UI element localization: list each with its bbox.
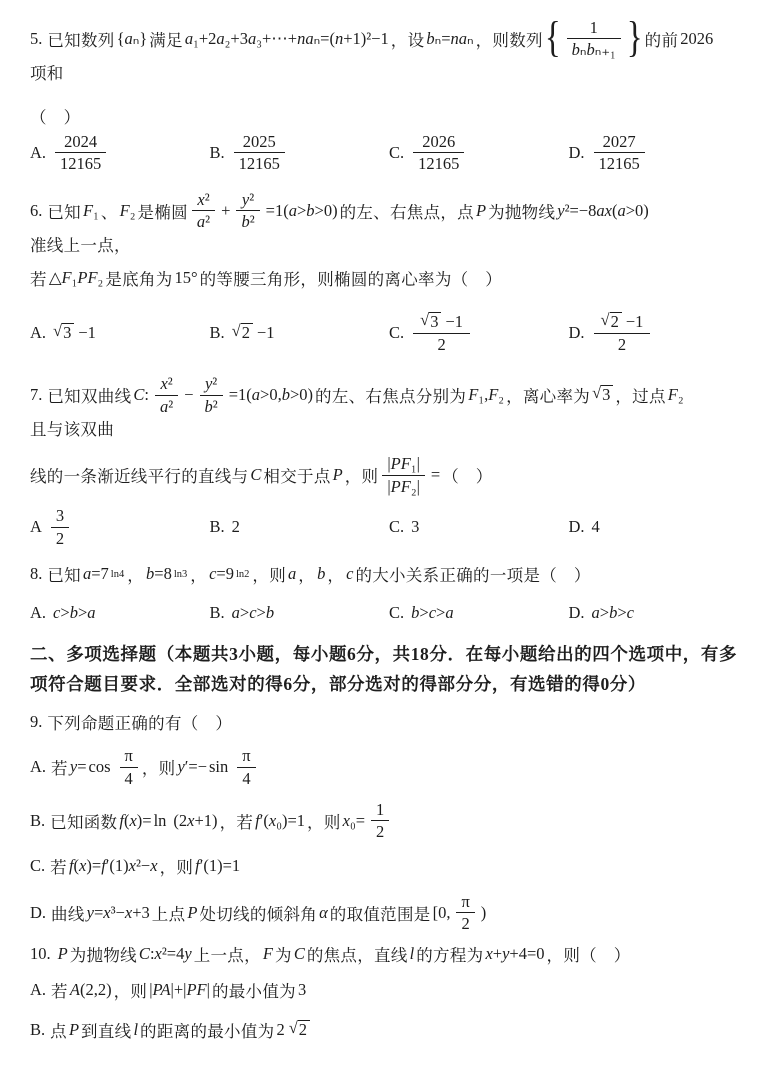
math-run: 4 [592, 517, 600, 537]
roman-run: D. [569, 517, 585, 537]
text-run: ，则 [307, 809, 341, 833]
math-run: b [317, 564, 325, 584]
math-run: 3 [411, 517, 419, 537]
fraction: 202712165 [594, 132, 645, 174]
question-8-options: A.c>b>a B.a>c>b C.b>c>a D.a>b>c [30, 600, 748, 626]
question-5-options: A.202412165 B.202512165 C.202612165 D.20… [30, 132, 748, 174]
roman-run: 6. [30, 201, 42, 221]
math-run: x+y+4=0 [485, 944, 544, 964]
text-run: 是椭圆 [138, 199, 188, 223]
question-9-option-a: A.若y=cosπ4，则y′=−sinπ4 [30, 746, 748, 788]
math-run: c>b>a [53, 603, 95, 623]
radical: √3 [53, 323, 74, 343]
roman-run: A. [30, 143, 46, 163]
roman-run: D. [569, 143, 585, 163]
text-run: ， [190, 562, 207, 586]
right-brace: } [627, 18, 643, 61]
text-run: 下列命题正确的有（ ） [47, 710, 232, 734]
math-run: y′=− [177, 757, 207, 777]
math-run: b>c>a [411, 603, 453, 623]
fraction: π4 [120, 746, 138, 788]
math-run: x₀= [343, 811, 365, 831]
text-run: 上一点， [194, 942, 261, 966]
fraction: |PF₁||PF₂| [382, 454, 425, 496]
math-run: 3 [298, 980, 306, 1000]
math-run: F₁ [83, 201, 99, 221]
math-run: l [133, 1020, 138, 1040]
math-run: b=8 [146, 564, 172, 584]
question-8-option-a: A.c>b>a [30, 600, 210, 626]
fraction: π4 [237, 746, 255, 788]
text-run: 已知 [47, 199, 81, 223]
math-run: (2x+1) [173, 811, 217, 831]
radical: √2 [232, 323, 253, 343]
text-run: 若 [50, 854, 67, 878]
math-run: F [263, 944, 273, 964]
fraction: 12 [371, 800, 389, 842]
roman-run: B. [210, 603, 225, 623]
roman-run: C. [30, 856, 45, 876]
roman-run: B. [30, 1020, 45, 1040]
text-run: 且与该双曲 [30, 416, 114, 440]
math-run: −1 [78, 323, 96, 343]
roman-run: B. [210, 143, 225, 163]
text-run: 的左、右焦点，点 [340, 199, 474, 223]
text-run: ， [127, 562, 144, 586]
math-run: −1 [257, 323, 275, 343]
math-run: P [476, 201, 486, 221]
text-run: 、 [101, 199, 118, 223]
text-run: 为 [275, 942, 292, 966]
text-run: ，则数列 [476, 27, 543, 51]
text-run: 曲线 [51, 901, 85, 925]
math-run: a [288, 564, 296, 584]
question-5-stem: 5.已知数列{aₙ}满足a₁+2a₂+3a₃+⋯+naₙ=(n+1)²−1，设b… [30, 18, 748, 84]
roman-run: A. [30, 603, 46, 623]
question-7-option-d: D.4 [569, 514, 749, 540]
question-7-option-c: C.3 [389, 514, 569, 540]
math-run: a>c>b [232, 603, 274, 623]
text-run: 若 [51, 978, 68, 1002]
math-run: bₙ=naₙ [426, 29, 473, 49]
question-6-option-d: D.√2−12 [569, 312, 749, 354]
text-run: ，则 [160, 854, 194, 878]
fraction: √3−12 [413, 312, 470, 354]
text-run: 处切线的倾斜角 [199, 901, 317, 925]
roman-run: cos [89, 757, 111, 777]
roman-run: ln [154, 811, 167, 831]
roman-run: C. [389, 143, 404, 163]
text-run: ，则 [142, 755, 176, 779]
question-8-option-b: B.a>c>b [210, 600, 390, 626]
roman-run: sin [209, 757, 228, 777]
roman-run: 8. [30, 564, 42, 584]
text-run: 的左、右焦点分别为 [315, 383, 466, 407]
math-run: P [187, 903, 197, 923]
math-run: − [184, 385, 193, 405]
text-run: 为抛物线 [70, 942, 137, 966]
roman-run: C. [389, 323, 404, 343]
math-run: −1 [445, 312, 463, 331]
roman-run: B. [30, 811, 45, 831]
fraction: π2 [456, 892, 474, 934]
text-run: 若 [30, 266, 47, 290]
left-brace: { [545, 18, 561, 61]
math-run: f′(x₀)=1 [255, 811, 305, 831]
math-run: y= [70, 757, 87, 777]
math-run: F₂ [668, 385, 684, 405]
section-2-heading-line-2: 项符合题目要求．全部选对的得6分，部分选对的得部分分，有选错的得0分） [30, 670, 748, 698]
fraction: 202412165 [55, 132, 106, 174]
question-5-answer-blank: （ ） [30, 104, 748, 128]
section-2-heading-line-1: 二、多项选择题（本题共3小题，每小题6分，共18分．在每小题给出的四个选项中，有… [30, 640, 748, 668]
math-run: a=7 [83, 564, 109, 584]
question-9-option-d: D.曲线y=x³−x+3上点P处切线的倾斜角α的取值范围是[0,π2) [30, 892, 748, 934]
text-run: 相交于点 [263, 463, 330, 487]
fraction: y²b² [200, 374, 223, 416]
superscript: ln4 [111, 569, 124, 580]
math-run: l [410, 944, 415, 964]
roman-run: 5. [30, 29, 42, 49]
math-run: C [250, 465, 261, 485]
question-6-options: A.√3−1 B.√2−1 C.√3−12 D.√2−12 [30, 312, 748, 354]
math-run: f(x)= [119, 811, 151, 831]
question-7-stem-line-2: 线的一条渐近线平行的直线与C相交于点P，则|PF₁||PF₂|=（ ） [30, 454, 748, 496]
text-run: 的大小关系正确的一项是（ ） [355, 562, 590, 586]
fraction: 202612165 [413, 132, 464, 174]
question-6-option-c: C.√3−12 [389, 312, 569, 354]
text-run: 准线上一点， [30, 232, 131, 256]
question-7-stem-line-1: 7.已知双曲线C:x²a²−y²b²=1(a>0,b>0)的左、右焦点分别为F₁… [30, 374, 748, 440]
math-run: + [221, 201, 230, 221]
roman-run: 7. [30, 385, 42, 405]
text-run: 的最小值为 [212, 978, 296, 1002]
roman-run: B. [210, 323, 225, 343]
text-run: 已知双曲线 [47, 383, 131, 407]
math-run: =1(a>0,b>0) [229, 385, 313, 405]
question-10-option-b: B.点P到直线l的距离的最小值为2√2 [30, 1018, 748, 1042]
math-run: 15° [175, 268, 198, 288]
roman-run: C. [389, 517, 404, 537]
math-run: 2 [232, 517, 240, 537]
text-run: ，则（ ） [547, 942, 631, 966]
roman-run: A [30, 517, 42, 537]
text-run: 到直线 [81, 1018, 131, 1042]
question-7-options: A32 B.2 C.3 D.4 [30, 506, 748, 548]
text-run: 的等腰三角形，则椭圆的离心率为（ ） [200, 266, 502, 290]
question-5-option-a: A.202412165 [30, 132, 210, 174]
text-run: 的距离的最小值为 [140, 1018, 274, 1042]
text-run: （ ） [442, 463, 492, 487]
roman-run: D. [569, 323, 585, 343]
text-run: 上点 [152, 901, 186, 925]
math-run: C [294, 944, 305, 964]
math-run: f′(1)=1 [195, 856, 240, 876]
text-run: ，过点 [615, 383, 665, 407]
text-run: 点 [50, 1018, 67, 1042]
superscript: ln3 [174, 569, 187, 580]
math-run: A(2,2) [70, 980, 112, 1000]
question-6-option-a: A.√3−1 [30, 320, 210, 346]
fraction: x²a² [192, 190, 215, 232]
math-run: |PA|+|PF| [149, 980, 210, 1000]
exam-page: 5.已知数列{aₙ}满足a₁+2a₂+3a₃+⋯+naₙ=(n+1)²−1，设b… [0, 0, 774, 1068]
question-8-stem: 8.已知a=7ln4，b=8ln3，c=9ln2，则a，b，c的大小关系正确的一… [30, 562, 748, 586]
text-run: 已知 [47, 562, 81, 586]
question-6-option-b: B.√2−1 [210, 320, 390, 346]
text-run: 项和 [30, 60, 64, 84]
text-run: ，则 [114, 978, 148, 1002]
radical: √2 [289, 1020, 310, 1040]
radical: √2 [601, 312, 622, 332]
text-run: 若 [51, 755, 68, 779]
question-9-stem: 9.下列命题正确的有（ ） [30, 710, 748, 734]
radical: √3 [592, 385, 613, 405]
roman-run: A. [30, 323, 46, 343]
text-run: ，若 [220, 809, 254, 833]
question-8-option-c: C.b>c>a [389, 600, 569, 626]
fraction: 202512165 [234, 132, 285, 174]
roman-run: B. [210, 517, 225, 537]
math-run: −1 [626, 312, 644, 331]
fraction: x²a² [155, 374, 178, 416]
fraction: y²b² [236, 190, 259, 232]
math-run: y=x³−x+3 [87, 903, 150, 923]
roman-run: A. [30, 757, 46, 777]
text-run: ，设 [391, 27, 425, 51]
question-5-option-c: C.202612165 [389, 132, 569, 174]
text-run: 的方程为 [416, 942, 483, 966]
math-run: a₁+2a₂+3a₃+⋯+naₙ=(n+1)²−1 [185, 29, 389, 49]
text-run: 已知函数 [50, 809, 117, 833]
math-run: ) [481, 903, 487, 923]
roman-run: 9. [30, 712, 42, 732]
fraction: 1bₙbₙ₊₁ [567, 18, 621, 60]
roman-run: A. [30, 980, 46, 1000]
question-7-option-a: A32 [30, 506, 210, 548]
math-run: F₁,F₂ [468, 385, 504, 405]
math-run: P [333, 465, 343, 485]
question-7-option-b: B.2 [210, 514, 390, 540]
text-run: 的焦点，直线 [307, 942, 408, 966]
math-run: {aₙ} [117, 29, 148, 49]
roman-run: C. [389, 603, 404, 623]
math-run: F₂ [120, 201, 136, 221]
text-run: 为抛物线 [488, 199, 555, 223]
math-run: C:x²=4y [139, 944, 192, 964]
math-run: =1(a>b>0) [266, 201, 338, 221]
question-9-option-b: B.已知函数f(x)=ln(2x+1)，若f′(x₀)=1，则x₀=12 [30, 800, 748, 842]
question-6-stem-line-2: 若△F₁PF₂是底角为15°的等腰三角形，则椭圆的离心率为（ ） [30, 266, 748, 290]
math-run: [0, [433, 903, 451, 923]
math-run: P [58, 944, 68, 964]
math-run: y²=−8ax(a>0) [557, 201, 649, 221]
radical: √3 [420, 312, 441, 332]
roman-run: D. [569, 603, 585, 623]
math-run: f(x)=f′(1)x²−x [69, 856, 158, 876]
text-run: 满足 [149, 27, 183, 51]
math-run: P [69, 1020, 79, 1040]
math-run: C: [133, 385, 149, 405]
question-5-option-d: D.202712165 [569, 132, 749, 174]
question-6-stem-line-1: 6.已知F₁、F₂是椭圆x²a²+y²b²=1(a>b>0)的左、右焦点，点P为… [30, 190, 748, 256]
text-run: 是底角为 [105, 266, 172, 290]
text-run: 已知数列 [47, 27, 114, 51]
text-run: 的前 [645, 27, 679, 51]
fraction: 32 [51, 506, 69, 548]
question-8-option-d: D.a>b>c [569, 600, 749, 626]
text-run: ，离心率为 [506, 383, 590, 407]
question-9-option-c: C.若f(x)=f′(1)x²−x，则f′(1)=1 [30, 854, 748, 878]
roman-run: D. [30, 903, 46, 923]
fraction: √2−12 [594, 312, 651, 354]
math-run: c=9 [209, 564, 234, 584]
roman-run: 10. [30, 944, 51, 964]
text-run: 线的一条渐近线平行的直线与 [30, 463, 248, 487]
math-run: a>b>c [592, 603, 634, 623]
math-run: = [431, 465, 440, 485]
text-run: ， [327, 562, 344, 586]
question-10-option-a: A.若A(2,2)，则|PA|+|PF|的最小值为3 [30, 978, 748, 1002]
question-5-option-b: B.202512165 [210, 132, 390, 174]
math-run: α [319, 903, 328, 923]
math-run: c [346, 564, 353, 584]
math-run: 2 [276, 1020, 284, 1040]
text-run: ，则 [345, 463, 379, 487]
text-run: 的取值范围是 [330, 901, 431, 925]
text-run: ，则 [252, 562, 286, 586]
math-run: 2026 [680, 29, 713, 49]
text-run: （ ） [30, 104, 80, 128]
superscript: ln2 [236, 569, 249, 580]
math-run: △F₁PF₂ [49, 268, 104, 288]
text-run: ， [298, 562, 315, 586]
question-10-stem: 10.P为抛物线C:x²=4y上一点，F为C的焦点，直线l的方程为x+y+4=0… [30, 942, 748, 966]
